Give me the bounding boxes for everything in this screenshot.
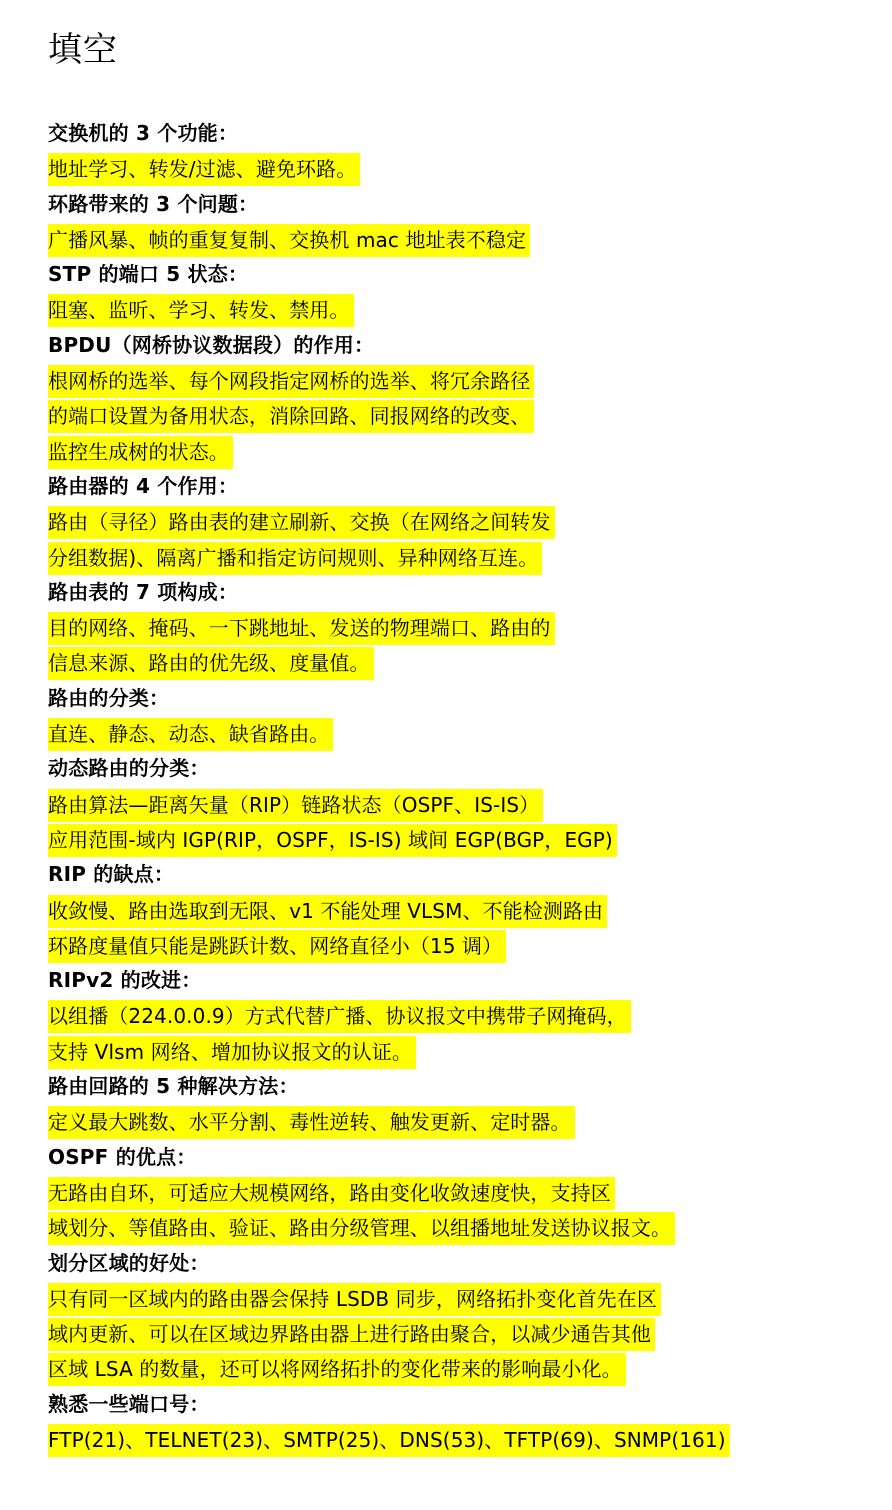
highlighted-answer-line: FTP(21)、TELNET(23)、SMTP(25)、DNS(53)、TFTP… <box>48 1424 730 1457</box>
highlighted-answer-line: 无路由自环，可适应大规模网络，路由变化收敛速度快，支持区 <box>48 1177 615 1210</box>
highlighted-answer-line: 阻塞、监听、学习、转发、禁用。 <box>48 294 354 327</box>
highlighted-answer-line: 直连、静态、动态、缺省路由。 <box>48 718 333 751</box>
qa-section: 交换机的 3 个功能： 地址学习、转发/过滤、避免环路。 <box>48 116 730 187</box>
highlighted-answer-line: 收敛慢、路由选取到无限、v1 不能处理 VLSM、不能检测路由 <box>48 895 607 928</box>
question-heading: 划分区域的好处： <box>48 1246 730 1281</box>
qa-section: STP 的端口 5 状态： 阻塞、监听、学习、转发、禁用。 <box>48 257 730 328</box>
question-heading: 动态路由的分类： <box>48 751 730 786</box>
qa-sections: 交换机的 3 个功能： 地址学习、转发/过滤、避免环路。 环路带来的 3 个问题… <box>48 116 730 1457</box>
highlighted-answer-line: 以组播（224.0.0.9）方式代替广播、协议报文中携带子网掩码， <box>48 1000 631 1033</box>
highlighted-answer-line: 只有同一区域内的路由器会保持 LSDB 同步，网络拓扑变化首先在区 <box>48 1283 661 1316</box>
highlighted-answer-line: 区域 LSA 的数量，还可以将网络拓扑的变化带来的影响最小化。 <box>48 1353 626 1386</box>
qa-section: 动态路由的分类： 路由算法—距离矢量（RIP）链路状态（OSPF、IS-IS） … <box>48 751 730 857</box>
highlighted-answer-line: 地址学习、转发/过滤、避免环路。 <box>48 153 360 186</box>
question-heading: 路由回路的 5 种解决方法： <box>48 1069 730 1104</box>
qa-section: RIP 的缺点： 收敛慢、路由选取到无限、v1 不能处理 VLSM、不能检测路由… <box>48 857 730 963</box>
qa-section: 环路带来的 3 个问题： 广播风暴、帧的重复复制、交换机 mac 地址表不稳定 <box>48 187 730 258</box>
qa-section: 路由器的 4 个作用： 路由（寻径）路由表的建立刷新、交换（在网络之间转发 分组… <box>48 469 730 575</box>
highlighted-answer-line: 根网桥的选举、每个网段指定网桥的选举、将冗余路径 <box>48 365 534 398</box>
question-heading: 交换机的 3 个功能： <box>48 116 730 151</box>
question-heading: 路由器的 4 个作用： <box>48 469 730 504</box>
question-heading: 环路带来的 3 个问题： <box>48 187 730 222</box>
page-title: 填空 <box>48 26 118 74</box>
qa-section: 熟悉一些端口号： FTP(21)、TELNET(23)、SMTP(25)、DNS… <box>48 1387 730 1458</box>
highlighted-answer-line: 定义最大跳数、水平分割、毒性逆转、触发更新、定时器。 <box>48 1106 575 1139</box>
qa-section: RIPv2 的改进： 以组播（224.0.0.9）方式代替广播、协议报文中携带子… <box>48 963 730 1069</box>
question-heading: STP 的端口 5 状态： <box>48 257 730 292</box>
qa-section: OSPF 的优点： 无路由自环，可适应大规模网络，路由变化收敛速度快，支持区 域… <box>48 1140 730 1246</box>
qa-section: 路由的分类： 直连、静态、动态、缺省路由。 <box>48 681 730 752</box>
highlighted-answer-line: 目的网络、掩码、一下跳地址、发送的物理端口、路由的 <box>48 612 555 645</box>
highlighted-answer-line: 的端口设置为备用状态，消除回路、同报网络的改变、 <box>48 400 534 433</box>
highlighted-answer-line: 支持 Vlsm 网络、增加协议报文的认证。 <box>48 1036 416 1069</box>
question-heading: BPDU（网桥协议数据段）的作用： <box>48 328 730 363</box>
highlighted-answer-line: 环路度量值只能是跳跃计数、网络直径小（15 调） <box>48 930 506 963</box>
question-heading: 路由表的 7 项构成： <box>48 575 730 610</box>
highlighted-answer-line: 路由算法—距离矢量（RIP）链路状态（OSPF、IS-IS） <box>48 789 543 822</box>
question-heading: 路由的分类： <box>48 681 730 716</box>
question-heading: RIP 的缺点： <box>48 857 730 892</box>
qa-section: 路由回路的 5 种解决方法： 定义最大跳数、水平分割、毒性逆转、触发更新、定时器… <box>48 1069 730 1140</box>
highlighted-answer-line: 域内更新、可以在区域边界路由器上进行路由聚合，以减少通告其他 <box>48 1318 655 1351</box>
question-heading: OSPF 的优点： <box>48 1140 730 1175</box>
highlighted-answer-line: 分组数据)、隔离广播和指定访问规则、异种网络互连。 <box>48 542 542 575</box>
highlighted-answer-line: 路由（寻径）路由表的建立刷新、交换（在网络之间转发 <box>48 506 555 539</box>
qa-section: BPDU（网桥协议数据段）的作用： 根网桥的选举、每个网段指定网桥的选举、将冗余… <box>48 328 730 469</box>
question-heading: 熟悉一些端口号： <box>48 1387 730 1422</box>
question-heading: RIPv2 的改进： <box>48 963 730 998</box>
highlighted-answer-line: 监控生成树的状态。 <box>48 436 233 469</box>
qa-section: 路由表的 7 项构成： 目的网络、掩码、一下跳地址、发送的物理端口、路由的 信息… <box>48 575 730 681</box>
highlighted-answer-line: 信息来源、路由的优先级、度量值。 <box>48 647 374 680</box>
highlighted-answer-line: 应用范围-域内 IGP(RIP，OSPF，IS-IS) 域间 EGP(BGP，E… <box>48 824 617 857</box>
highlighted-answer-line: 域划分、等值路由、验证、路由分级管理、以组播地址发送协议报文。 <box>48 1212 675 1245</box>
qa-section: 划分区域的好处： 只有同一区域内的路由器会保持 LSDB 同步，网络拓扑变化首先… <box>48 1246 730 1387</box>
highlighted-answer-line: 广播风暴、帧的重复复制、交换机 mac 地址表不稳定 <box>48 224 530 257</box>
